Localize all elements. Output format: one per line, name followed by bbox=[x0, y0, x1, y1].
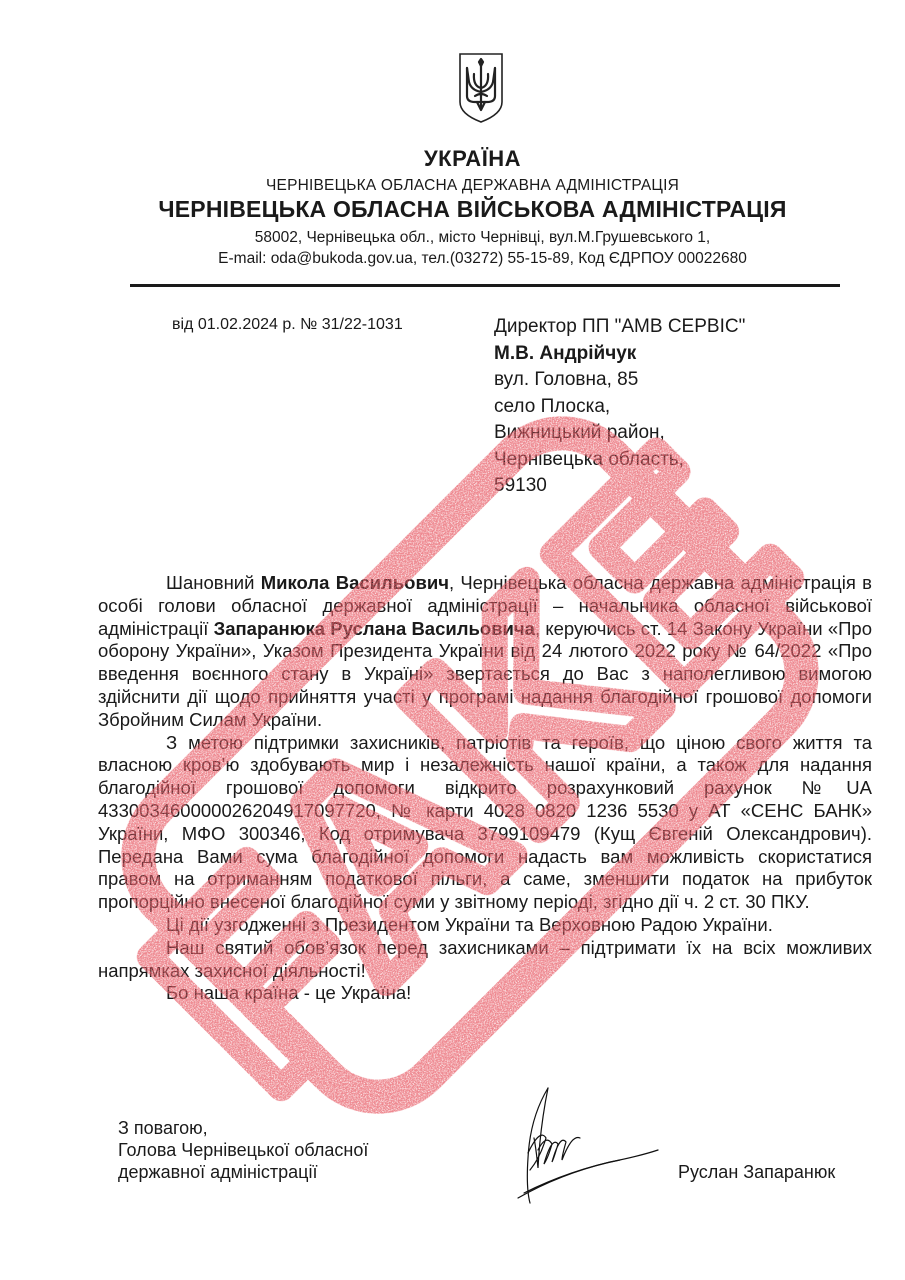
sender-contacts: E-mail: oda@bukoda.gov.ua, тел.(03272) 5… bbox=[30, 250, 905, 268]
recipient-position: Директор ПП "АМВ СЕРВІС" bbox=[494, 314, 745, 341]
paragraph-3: Ці дії узгодженні з Президентом України … bbox=[98, 914, 872, 937]
military-administration-name: ЧЕРНІВЕЦЬКА ОБЛАСНА ВІЙСЬКОВА АДМІНІСТРА… bbox=[20, 196, 905, 223]
recipient-village: село Плоска, bbox=[494, 394, 745, 421]
recipient-street: вул. Головна, 85 bbox=[494, 367, 745, 394]
header-divider bbox=[130, 284, 840, 287]
state-administration-name: ЧЕРНІВЕЦЬКА ОБЛАСНА ДЕРЖАВНА АДМІНІСТРАЦ… bbox=[20, 177, 905, 195]
paragraph-4: Наш святий обов’язок перед захисниками –… bbox=[98, 937, 872, 983]
trident-coat-of-arms-icon bbox=[457, 52, 505, 124]
recipient-name: М.В. Андрійчук bbox=[494, 341, 745, 368]
letter-body: Шановний Микола Васильович, Чернівецька … bbox=[98, 572, 872, 1005]
document-reference: від 01.02.2024 р. № 31/22-1031 bbox=[172, 316, 403, 334]
handwritten-signature-icon bbox=[500, 1078, 660, 1208]
paragraph-2: З метою підтримки захисників, патріотів … bbox=[98, 732, 872, 914]
country-title: УКРАЇНА bbox=[20, 146, 905, 172]
recipient-district: Вижницький район, bbox=[494, 420, 745, 447]
signature-title-block: З повагою, Голова Чернівецької обласної … bbox=[118, 1117, 368, 1183]
signer-title-line-1: Голова Чернівецької обласної bbox=[118, 1139, 368, 1161]
paragraph-1: Шановний Микола Васильович, Чернівецька … bbox=[98, 572, 872, 732]
letter-page: УКРАЇНА ЧЕРНІВЕЦЬКА ОБЛАСНА ДЕРЖАВНА АДМ… bbox=[0, 0, 905, 1280]
paragraph-5: Бо наша країна - це Україна! bbox=[98, 982, 872, 1005]
head-name: Запаранюка Руслана Васильовича bbox=[214, 618, 535, 639]
recipient-block: Директор ПП "АМВ СЕРВІС" М.В. Андрійчук … bbox=[494, 314, 745, 500]
addressee-name: Микола Васильович bbox=[261, 572, 449, 593]
greeting: Шановний bbox=[166, 572, 261, 593]
sender-address: 58002, Чернівецька обл., місто Чернівці,… bbox=[30, 229, 905, 247]
recipient-postcode: 59130 bbox=[494, 473, 745, 500]
signer-name: Руслан Запаранюк bbox=[678, 1162, 835, 1183]
signer-title-line-2: державної адміністрації bbox=[118, 1161, 368, 1183]
closing: З повагою, bbox=[118, 1117, 368, 1139]
recipient-region: Чернівецька область, bbox=[494, 447, 745, 474]
